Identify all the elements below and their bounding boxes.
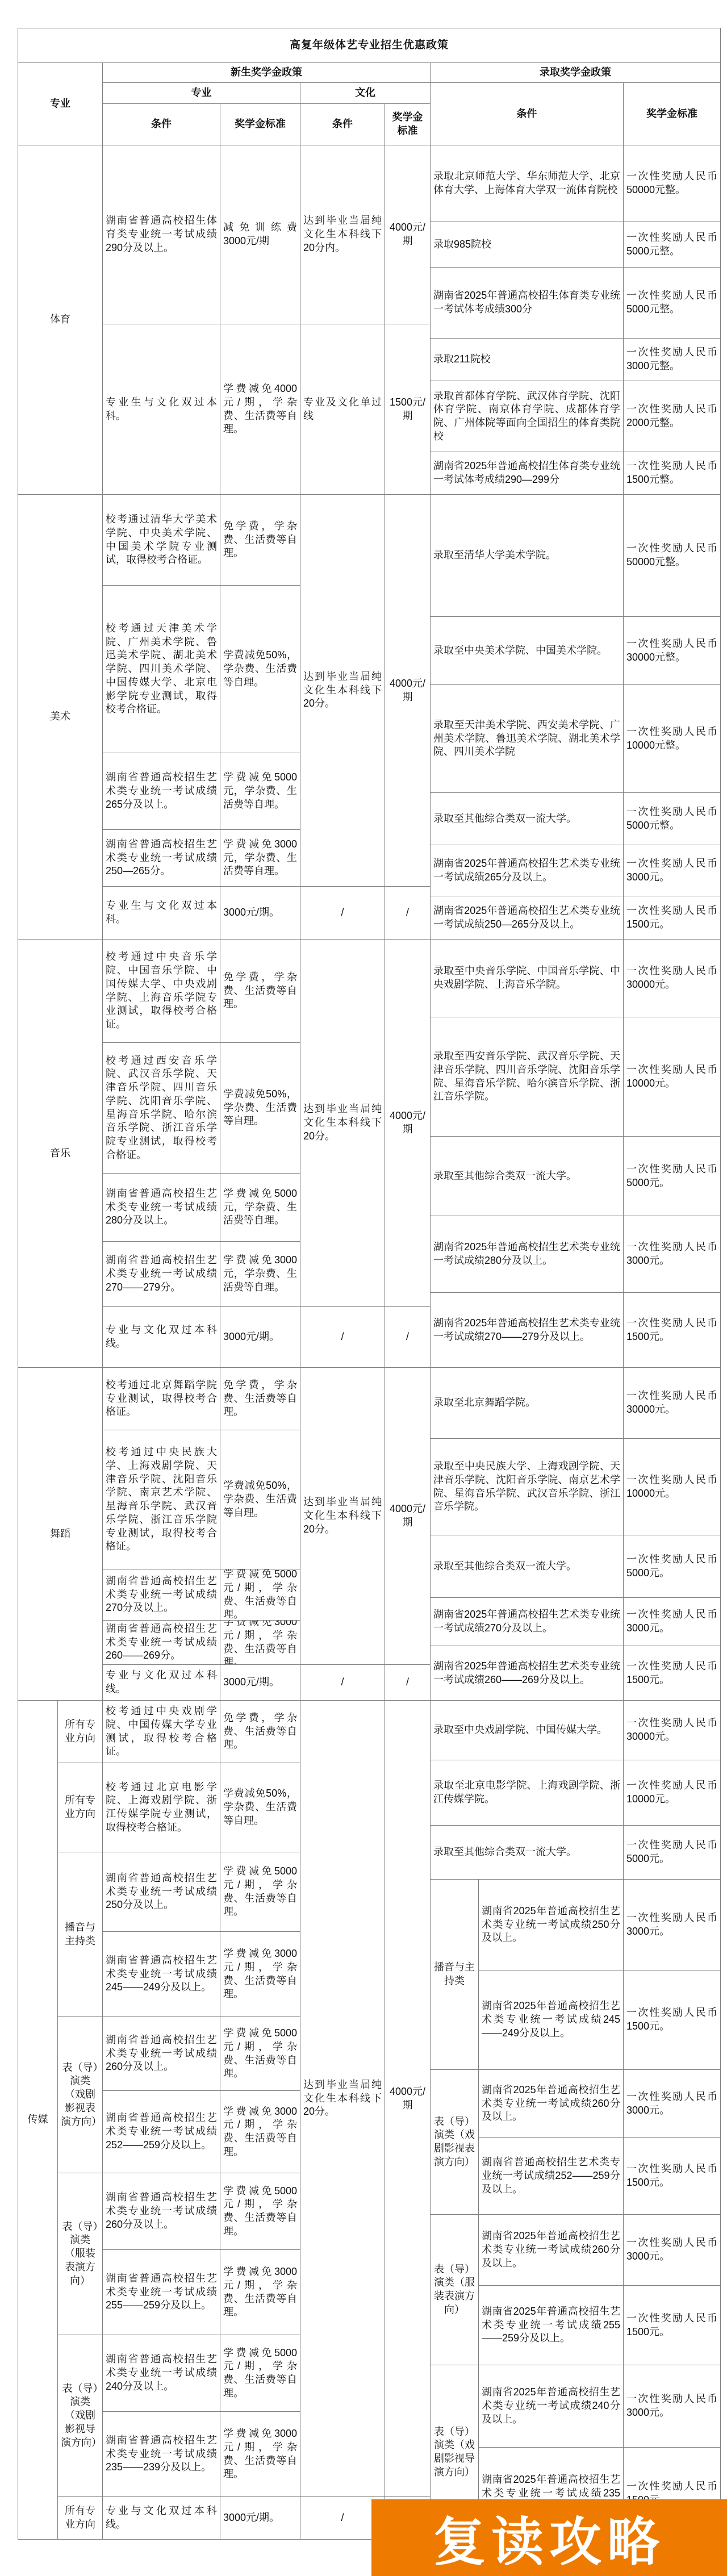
header-culture-standard: 奖学金标准 <box>385 104 431 145</box>
cell-admission-condition: 录取211院校 <box>431 339 624 381</box>
header-new-student-policy: 新生奖学金政策 <box>103 63 431 83</box>
section-sports: 体育 湖南省普通高校招生体育类专业统一考试成绩290分及以上。 减免训练费300… <box>18 145 721 495</box>
cell-condition: 湖南省普通高校招生艺术类专业统一考试成绩250—265分。 <box>103 830 220 887</box>
cell-admission-condition: 湖南省2025年普通高校招生体育类专业统一考试体考成绩300分 <box>431 268 624 339</box>
cell-standard: 学费减免5000元/期，学杂费、生活费等自理。 <box>220 2335 300 2412</box>
cell-condition: 湖南省普通高校招生艺术类专业统一考试成绩245——249分及以上。 <box>103 1932 220 2017</box>
cell-admission-standard: 一次性奖励人民币3000元。 <box>624 845 721 896</box>
cell-admission-condition: 录取北京师范大学、华东师范大学、北京体育大学、上海体育大学双一流体育院校 <box>431 145 624 222</box>
header-culture-condition: 条件 <box>300 104 385 145</box>
cell-culture-condition: 达到毕业当届纯文化生本科线下20分。 <box>300 1701 385 2497</box>
major-label: 体育 <box>18 145 103 495</box>
major-label: 传媒 <box>18 1701 58 2540</box>
cell-admission-standard: 一次性奖励人民币1500元。 <box>624 896 721 940</box>
cell-condition: 校考通过天津美术学院、广州美术学院、鲁迅美术学院、湖北美术学院、四川美术学院、中… <box>103 586 220 753</box>
cell-condition: 专业生与文化双过本科。 <box>103 887 220 940</box>
cell-admission-condition: 录取至其他综合类双一流大学。 <box>431 1137 624 1216</box>
header-admission-condition: 条件 <box>431 83 624 145</box>
sub-major-label: 表（导）演类（服装表演方向） <box>431 2215 479 2365</box>
cell-admission-standard: 一次性奖励人民币30000元。 <box>624 940 721 1017</box>
header-admission-policy: 录取奖学金政策 <box>431 63 721 83</box>
cell-standard: 学费减免5000元，学杂费、生活费等自理。 <box>220 1174 300 1242</box>
cell-condition: 专业与文化双过本科线。 <box>103 1307 220 1368</box>
cell-culture-standard: / <box>385 887 431 940</box>
cell-admission-condition: 湖南省2025年普通高校招生艺术类专业统一考试成绩260——269分及以上。 <box>431 1646 624 1701</box>
cell-admission-condition: 录取至其他综合类双一流大学。 <box>431 1826 624 1880</box>
cell-admission-standard: 一次性奖励人民币1500元。 <box>624 1970 721 2070</box>
cell-admission-standard: 一次性奖励人民币10000元。 <box>624 1017 721 1137</box>
cell-standard: 学费减免5000元/期，学杂费、生活费等自理。 <box>220 1852 300 1932</box>
cell-admission-standard: 一次性奖励人民币5000元整。 <box>624 222 721 268</box>
policy-table: 高复年级体艺专业招生优惠政策 专业 新生奖学金政策 录取奖学金政策 专业 文化 <box>18 28 721 2540</box>
sub-major-label: 播音与主持类 <box>431 1880 479 2070</box>
cell-admission-condition: 湖南省2025年普通高校招生艺术类专业统一考试成绩270分及以上。 <box>431 1598 624 1646</box>
cell-admission-standard: 一次性奖励人民币30000元整。 <box>624 617 721 685</box>
repeat-study-guide-badge: 复读攻略 <box>371 2499 727 2576</box>
sub-major-label: 所有专业方向 <box>58 1763 103 1852</box>
cell-condition: 湖南省普通高校招生艺术类专业统一考试成绩280分及以上。 <box>103 1174 220 1242</box>
cell-standard: 学费减免3000元/期，学杂费、生活费等自理。 <box>220 1932 300 2017</box>
cell-standard: 学费减免3000元/期，学杂费、生活费等自理。 <box>220 2091 300 2173</box>
cell-admission-standard: 一次性奖励人民币3000元。 <box>624 1598 721 1646</box>
cell-admission-standard: 一次性奖励人民币1500元。 <box>624 1293 721 1368</box>
cell-admission-standard: 一次性奖励人民币50000元整。 <box>624 145 721 222</box>
header-prof-standard: 奖学金标准 <box>220 104 300 145</box>
cell-standard: 减免训练费3000元/期 <box>220 145 300 324</box>
cell-standard: 免学费，学杂费、生活费等自理。 <box>220 940 300 1043</box>
cell-admission-standard: 一次性奖励人民币5000元。 <box>624 1535 721 1598</box>
cell-admission-condition: 录取至北京电影学院、上海戏剧学院、浙江传媒学院。 <box>431 1760 624 1826</box>
cell-condition: 专业生与文化双过本科。 <box>103 324 220 495</box>
cell-standard: 学费减免3000元/期，学杂费、生活费等自理。 <box>220 2412 300 2497</box>
cell-admission-condition: 湖南省2025年普通高校招生艺术类专业统一考试成绩260分及以上。 <box>479 2215 624 2286</box>
cell-admission-condition: 湖南省2025年普通高校招生艺术类专业统一考试成绩270——279分及以上。 <box>431 1293 624 1368</box>
section-fine-arts: 美术 校考通过清华大学美术学院、中央美术学院、中国美术学院专业测试，取得校考合格… <box>18 495 721 940</box>
cell-admission-standard: 一次性奖励人民币1500元。 <box>624 1646 721 1701</box>
cell-culture-standard: 4000元/期 <box>385 1368 431 1665</box>
cell-culture-condition: 达到毕业当届纯文化生本科线下20分。 <box>300 495 385 887</box>
cell-admission-condition: 录取985院校 <box>431 222 624 268</box>
cell-condition: 湖南省普通高校招生艺术类专业统一考试成绩270分及以上。 <box>103 1569 220 1621</box>
header-professional: 专业 <box>103 83 300 104</box>
cell-condition: 专业与文化双过本科线。 <box>103 2497 220 2540</box>
cell-admission-standard: 一次性奖励人民币3000元。 <box>624 2070 721 2138</box>
cell-condition: 校考通过西安音乐学院、武汉音乐学院、天津音乐学院、四川音乐学院、沈阳音乐学院、星… <box>103 1043 220 1174</box>
page: 高复年级体艺专业招生优惠政策 专业 新生奖学金政策 录取奖学金政策 专业 文化 <box>0 0 727 2576</box>
cell-admission-standard: 一次性奖励人民币50000元整。 <box>624 495 721 617</box>
sub-major-label: 表（导）演类（戏剧影视表演方向） <box>58 2017 103 2173</box>
cell-culture-condition: 达到毕业当届纯文化生本科线下20分内。 <box>300 145 385 324</box>
cell-culture-standard: 4000元/期 <box>385 145 431 324</box>
cell-condition: 湖南省普通高校招生艺术类专业统一考试成绩260分及以上。 <box>103 2173 220 2250</box>
major-label: 音乐 <box>18 940 103 1368</box>
cell-condition: 湖南省普通高校招生艺术类专业统一考试成绩270——279分。 <box>103 1242 220 1307</box>
cell-standard: 学费减免50%，学杂费、生活费等自理。 <box>220 1043 300 1174</box>
cell-admission-standard: 一次性奖励人民币1500元。 <box>624 2286 721 2365</box>
cell-condition: 湖南省普通高校招生艺术类专业统一考试成绩255——259分及以上。 <box>103 2250 220 2335</box>
cell-culture-condition: / <box>300 1307 385 1368</box>
cell-standard: 免学费，学杂费、生活费等自理。 <box>220 1701 300 1763</box>
cell-admission-standard: 一次性奖励人民币30000元。 <box>624 1368 721 1439</box>
section-music: 音乐 校考通过中央音乐学院、中国音乐学院、中国传媒大学、中央戏剧学院、上海音乐学… <box>18 940 721 1368</box>
cell-culture-condition: 专业及文化单过线 <box>300 324 385 495</box>
cell-admission-standard: 一次性奖励人民币5000元整。 <box>624 793 721 845</box>
cell-standard: 免学费，学杂费、生活费等自理。 <box>220 1368 300 1430</box>
cell-admission-standard: 一次性奖励人民币10000元整。 <box>624 685 721 793</box>
cell-admission-standard: 一次性奖励人民币30000元。 <box>624 1701 721 1760</box>
cell-admission-condition: 湖南省2025年普通高校招生艺术类专业统一考试成绩265分及以上。 <box>431 845 624 896</box>
cell-admission-condition: 录取至中央戏剧学院、中国传媒大学。 <box>431 1701 624 1760</box>
cell-culture-condition: / <box>300 887 385 940</box>
cell-admission-condition: 湖南省2025年普通高校招生艺术类专业统一考试成绩250—265分及以上。 <box>431 896 624 940</box>
cell-admission-standard: 一次性奖励人民币3000元整。 <box>624 339 721 381</box>
sub-major-label: 播音与主持类 <box>58 1852 103 2017</box>
cell-admission-standard: 一次性奖励人民币1500元整。 <box>624 452 721 495</box>
cell-condition: 湖南省普通高校招生艺术类专业统一考试成绩250分及以上。 <box>103 1852 220 1932</box>
cell-condition: 湖南省普通高校招生艺术类专业统一考试成绩235——239分及以上。 <box>103 2412 220 2497</box>
header-culture: 文化 <box>300 83 431 104</box>
cell-culture-standard: / <box>385 1665 431 1701</box>
cell-admission-standard: 一次性奖励人民币5000元整。 <box>624 268 721 339</box>
cell-culture-standard: 4000元/期 <box>385 495 431 887</box>
cell-standard: 学费减免5000元/期，学杂费、生活费等自理。 <box>220 1569 300 1621</box>
cell-condition: 校考通过清华大学美术学院、中央美术学院、中国美术学院专业测试，取得校考合格证。 <box>103 495 220 586</box>
cell-condition: 湖南省普通高校招生艺术类专业统一考试成绩260分及以上。 <box>103 2017 220 2091</box>
header-admission-standard: 奖学金标准 <box>624 83 721 145</box>
major-label: 美术 <box>18 495 103 940</box>
section-dance: 舞蹈 校考通过北京舞蹈学院专业测试，取得校考合格证。 免学费，学杂费、生活费等自… <box>18 1368 721 1701</box>
cell-admission-standard: 一次性奖励人民币5000元。 <box>624 1826 721 1880</box>
cell-admission-standard: 一次性奖励人民币10000元。 <box>624 1760 721 1826</box>
cell-standard: 3000元/期。 <box>220 887 300 940</box>
cell-admission-standard: 一次性奖励人民币10000元。 <box>624 1439 721 1535</box>
cell-condition: 湖南省普通高校招生艺术类专业统一考试成绩240分及以上。 <box>103 2335 220 2412</box>
cell-standard: 学费减免3000元/期，学杂费、生活费等自理。 <box>220 2250 300 2335</box>
cell-admission-condition: 湖南省2025年普通高校招生艺术类专业统一考试成绩250分及以上。 <box>479 1880 624 1970</box>
cell-condition: 校考通过北京舞蹈学院专业测试，取得校考合格证。 <box>103 1368 220 1430</box>
header-major: 专业 <box>18 63 103 145</box>
cell-admission-condition: 湖南省2025年普通高校招生艺术类专业统一考试成绩240分及以上。 <box>479 2365 624 2448</box>
cell-standard: 学费减免4000元/期，学杂费、生活费等自理。 <box>220 324 300 495</box>
cell-admission-condition: 录取至天津美术学院、西安美术学院、广州美术学院、鲁迅美术学院、湖北美术学院、四川… <box>431 685 624 793</box>
cell-culture-condition: 达到毕业当届纯文化生本科线下20分。 <box>300 940 385 1307</box>
section-media: 传媒 所有专业方向 所有专业方向 播音与主持类 表（导）演类（戏剧影视表演方向）… <box>18 1701 721 2540</box>
sub-major-label: 所有专业方向 <box>58 1701 103 1763</box>
cell-admission-condition: 湖南省2025年普通高校招生艺术类专业统一考试成绩245——249分及以上。 <box>479 1970 624 2070</box>
cell-standard: 免学费，学杂费、生活费等自理。 <box>220 495 300 586</box>
cell-condition: 校考通过中央民族大学、上海戏剧学院、天津音乐学院、沈阳音乐学院、南京艺术学院、星… <box>103 1430 220 1569</box>
cell-admission-standard: 一次性奖励人民币5000元。 <box>624 1137 721 1216</box>
major-label: 舞蹈 <box>18 1368 103 1701</box>
cell-standard: 3000元/期。 <box>220 2497 300 2540</box>
cell-standard: 学费减免5000元，学杂费、生活费等自理。 <box>220 753 300 830</box>
header-prof-condition: 条件 <box>103 104 220 145</box>
cell-standard: 学费减免3000元，学杂费、生活费等自理。 <box>220 1242 300 1307</box>
cell-admission-standard: 一次性奖励人民币1500元。 <box>624 2138 721 2215</box>
cell-admission-condition: 录取至其他综合类双一流大学。 <box>431 793 624 845</box>
sub-major-label: 所有专业方向 <box>58 2497 103 2540</box>
cell-admission-condition: 湖南省2025年普通高校招生体育类专业统一考试体考成绩290—299分 <box>431 452 624 495</box>
cell-admission-condition: 录取至北京舞蹈学院。 <box>431 1368 624 1439</box>
cell-condition: 校考通过中央音乐学院、中国音乐学院、中国传媒大学、中央戏剧学院、上海音乐学院专业… <box>103 940 220 1043</box>
cell-culture-condition: / <box>300 1665 385 1701</box>
cell-admission-standard: 一次性奖励人民币3000元。 <box>624 1216 721 1293</box>
cell-standard: 学费减免5000元/期，学杂费、生活费等自理。 <box>220 2173 300 2250</box>
cell-admission-condition: 录取至清华大学美术学院。 <box>431 495 624 617</box>
cell-standard: 学费减免3000元，学杂费、生活费等自理。 <box>220 830 300 887</box>
cell-admission-standard: 一次性奖励人民币3000元。 <box>624 1880 721 1970</box>
cell-admission-standard: 一次性奖励人民币3000元。 <box>624 2365 721 2448</box>
cell-standard: 学费减免50%，学杂费、生活费等自理。 <box>220 1763 300 1852</box>
cell-admission-condition: 湖南省2025年普通高校招生艺术类专业统一考试成绩260分及以上。 <box>479 2070 624 2138</box>
sub-major-label: 表（导）演类（戏剧影视表演方向） <box>431 2070 479 2215</box>
cell-condition: 校考通过北京电影学院、上海戏剧学院、浙江传媒学院专业测试，取得校考合格证。 <box>103 1763 220 1852</box>
cell-standard: 学费减免50%，学杂费、生活费等自理。 <box>220 586 300 753</box>
cell-admission-condition: 录取至中央美术学院、中国美术学院。 <box>431 617 624 685</box>
cell-admission-condition: 湖南省2025年普通高校招生艺术类专业统一考试成绩255——259分及以上。 <box>479 2286 624 2365</box>
cell-standard: 学费减免50%，学杂费、生活费等自理。 <box>220 1430 300 1569</box>
cell-admission-condition: 录取至其他综合类双一流大学。 <box>431 1535 624 1598</box>
cell-condition: 湖南省普通高校招生艺术类专业统一考试成绩252——259分及以上。 <box>103 2091 220 2173</box>
cell-standard: 3000元/期。 <box>220 1307 300 1368</box>
cell-admission-condition: 湖南省普通高校招生艺术类专业统一考试成绩252——259分及以上。 <box>479 2138 624 2215</box>
cell-admission-condition: 湖南省2025年普通高校招生艺术类专业统一考试成绩280分及以上。 <box>431 1216 624 1293</box>
cell-culture-standard: 4000元/期 <box>385 940 431 1307</box>
cell-culture-standard: 1500元/期 <box>385 324 431 495</box>
cell-condition: 专业与文化双过本科线。 <box>103 1665 220 1701</box>
cell-condition: 湖南省普通高校招生艺术类专业统一考试成绩260——269分。 <box>103 1621 220 1665</box>
cell-standard: 3000元/期。 <box>220 1665 300 1701</box>
cell-standard: 学费减免3000元/期，学杂费、生活费等自理。 <box>220 1621 300 1665</box>
cell-condition: 校考通过中央戏剧学院、中国传媒大学专业测试，取得校考合格证。 <box>103 1701 220 1763</box>
table-title: 高复年级体艺专业招生优惠政策 <box>18 28 721 63</box>
cell-standard: 学费减免5000元/期，学杂费、生活费等自理。 <box>220 2017 300 2091</box>
cell-admission-condition: 录取至中央民族大学、上海戏剧学院、天津音乐学院、沈阳音乐学院、南京艺术学院、星海… <box>431 1439 624 1535</box>
cell-admission-standard: 一次性奖励人民币3000元。 <box>624 2215 721 2286</box>
cell-culture-standard: 4000元/期 <box>385 1701 431 2497</box>
cell-condition: 湖南省普通高校招生体育类专业统一考试成绩290分及以上。 <box>103 145 220 324</box>
sub-major-label: 表（导）演类（服装表演方向） <box>58 2173 103 2335</box>
table-header: 专业 新生奖学金政策 录取奖学金政策 专业 文化 条件 奖学金标准 <box>18 63 721 145</box>
cell-condition: 湖南省普通高校招生艺术类专业统一考试成绩265分及以上。 <box>103 753 220 830</box>
cell-admission-condition: 录取首都体育学院、武汉体育学院、沈阳体育学院、南京体育学院、成都体育学院、广州体… <box>431 381 624 452</box>
cell-culture-standard: / <box>385 1307 431 1368</box>
cell-admission-condition: 录取至西安音乐学院、武汉音乐学院、天津音乐学院、四川音乐学院、沈阳音乐学院、星海… <box>431 1017 624 1137</box>
cell-admission-standard: 一次性奖励人民币2000元整。 <box>624 381 721 452</box>
cell-culture-condition: 达到毕业当届纯文化生本科线下20分。 <box>300 1368 385 1665</box>
sub-major-label: 表（导）演类（戏剧影视导演方向） <box>58 2335 103 2497</box>
cell-admission-condition: 录取至中央音乐学院、中国音乐学院、中央戏剧学院、上海音乐学院。 <box>431 940 624 1017</box>
